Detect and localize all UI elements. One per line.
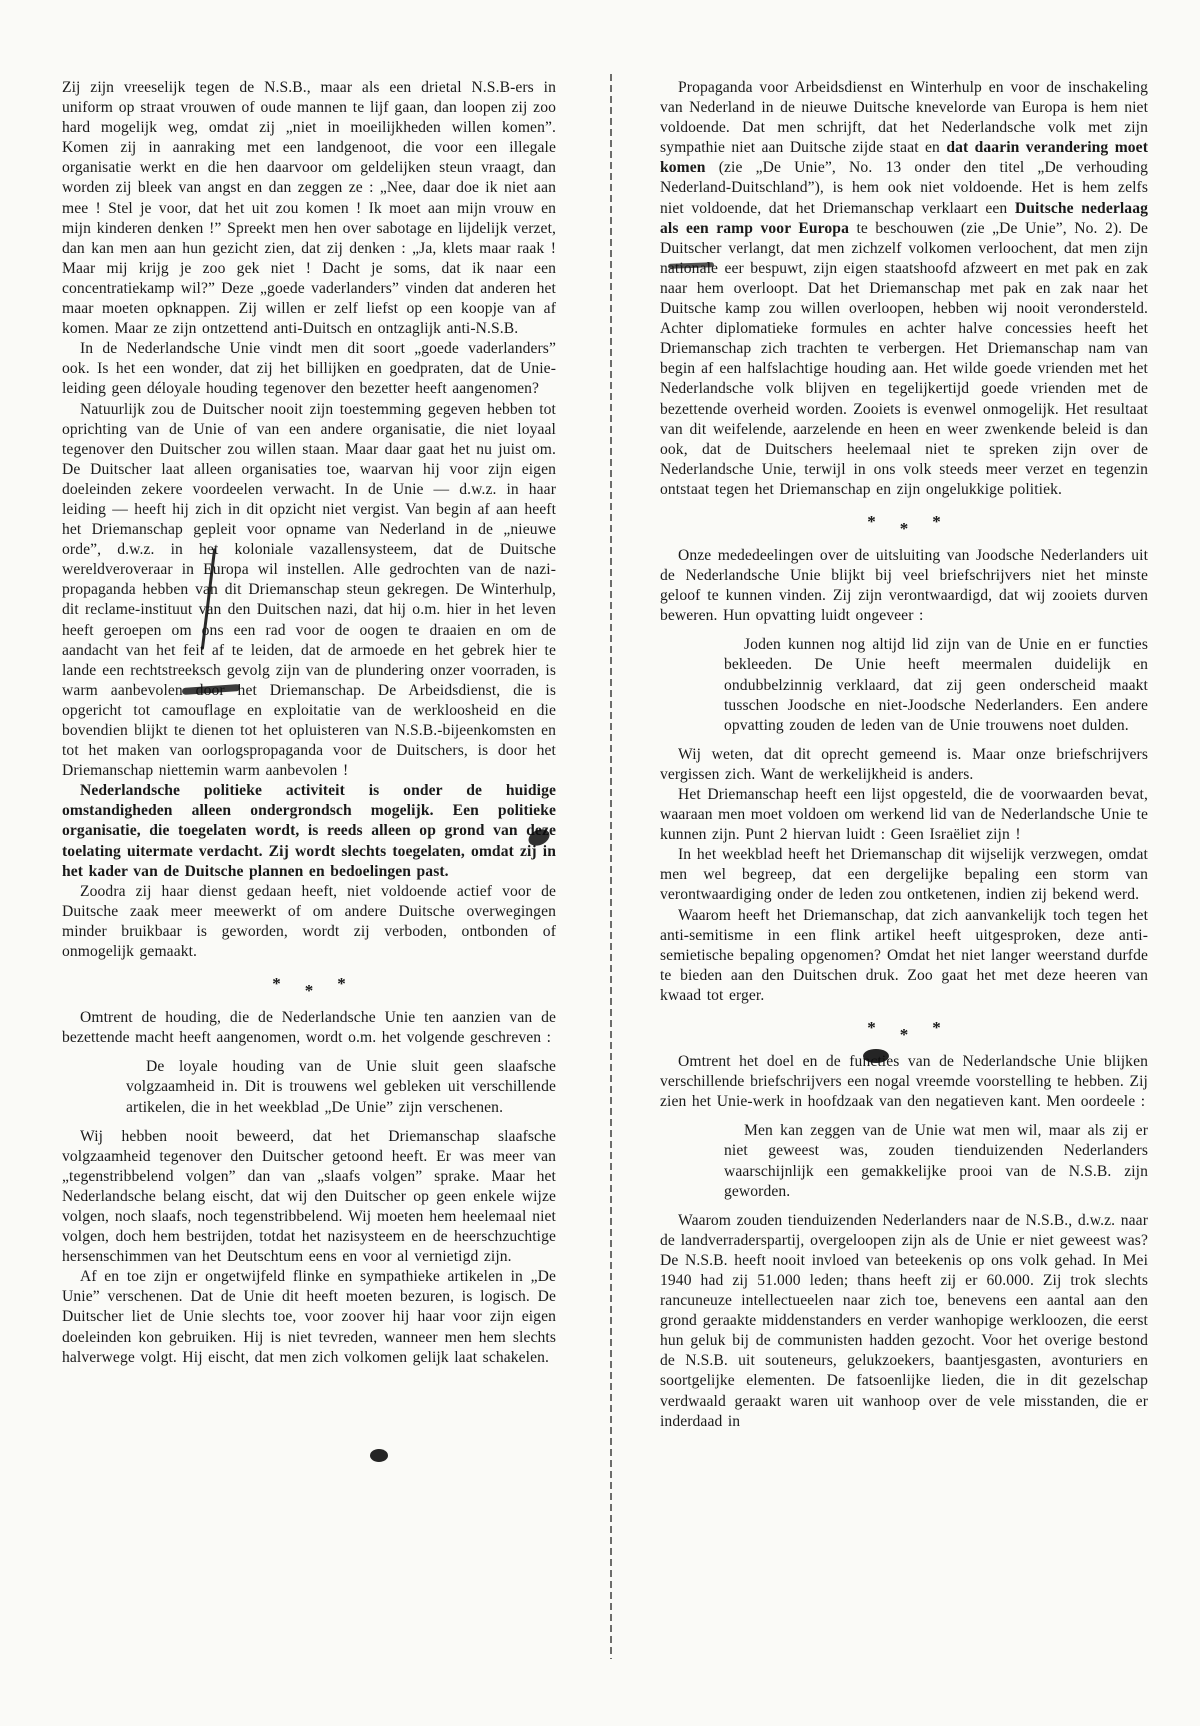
paragraph: Het Driemanschap heeft een lijst opgeste… xyxy=(660,785,1148,845)
asterisk-glyph: * xyxy=(900,1025,909,1045)
paragraph: Omtrent het doel en de functies van de N… xyxy=(660,1052,1148,1112)
paragraph: Onze mededeelingen over de uitsluiting v… xyxy=(660,546,1148,626)
block-quote: De loyale houding van de Unie sluit geen… xyxy=(126,1057,556,1117)
asterisk-glyph: * xyxy=(337,974,346,994)
block-quote: Men kan zeggen van de Unie wat men wil, … xyxy=(724,1121,1148,1201)
paragraph: Natuurlijk zou de Duitscher nooit zijn t… xyxy=(62,400,556,782)
paragraph: Af en toe zijn er ongetwijfeld flinke en… xyxy=(62,1267,556,1367)
paragraph: Waarom heeft het Driemanschap, dat zich … xyxy=(660,906,1148,1006)
ink-smudge xyxy=(863,1049,889,1063)
paragraph: Omtrent de houding, die de Nederlandsche… xyxy=(62,1008,556,1048)
paragraph: Zoodra zij haar dienst gedaan heeft, nie… xyxy=(62,882,556,962)
paragraph: Wij weten, dat dit oprecht gemeend is. M… xyxy=(660,745,1148,785)
paragraph: In het weekblad heeft het Driemanschap d… xyxy=(660,845,1148,905)
paragraph: Waarom zouden tienduizenden Nederlanders… xyxy=(660,1211,1148,1432)
paragraph: Wij hebben nooit beweerd, dat het Driema… xyxy=(62,1127,556,1268)
asterisk-glyph: * xyxy=(932,512,941,532)
asterisk-glyph: * xyxy=(305,981,314,1001)
bold-text: Duitsche nederlaag als een ramp voor Eur… xyxy=(660,200,1148,237)
asterisk-glyph: * xyxy=(932,1018,941,1038)
right-column: Propaganda voor Arbeidsdienst en Winterh… xyxy=(660,78,1148,1432)
section-separator: *** xyxy=(660,512,1148,538)
bold-text: dat daarin verandering moet komen xyxy=(660,139,1148,176)
paragraph: Zij zijn vreeselijk tegen de N.S.B., maa… xyxy=(62,78,556,339)
paragraph: Nederlandsche politieke activiteit is on… xyxy=(62,781,556,881)
section-separator: *** xyxy=(660,1018,1148,1044)
asterisk-glyph: * xyxy=(272,974,281,994)
document-page: Zij zijn vreeselijk tegen de N.S.B., maa… xyxy=(0,0,1200,1726)
asterisk-glyph: * xyxy=(867,512,876,532)
paragraph: In de Nederlandsche Unie vindt men dit s… xyxy=(62,339,556,399)
section-separator: *** xyxy=(62,974,556,1000)
column-divider xyxy=(610,74,612,1659)
left-column: Zij zijn vreeselijk tegen de N.S.B., maa… xyxy=(62,78,556,1368)
paragraph: Propaganda voor Arbeidsdienst en Winterh… xyxy=(660,78,1148,500)
asterisk-glyph: * xyxy=(900,519,909,539)
block-quote: Joden kunnen nog altijd lid zijn van de … xyxy=(724,635,1148,735)
asterisk-glyph: * xyxy=(867,1018,876,1038)
ink-smudge xyxy=(370,1449,388,1462)
